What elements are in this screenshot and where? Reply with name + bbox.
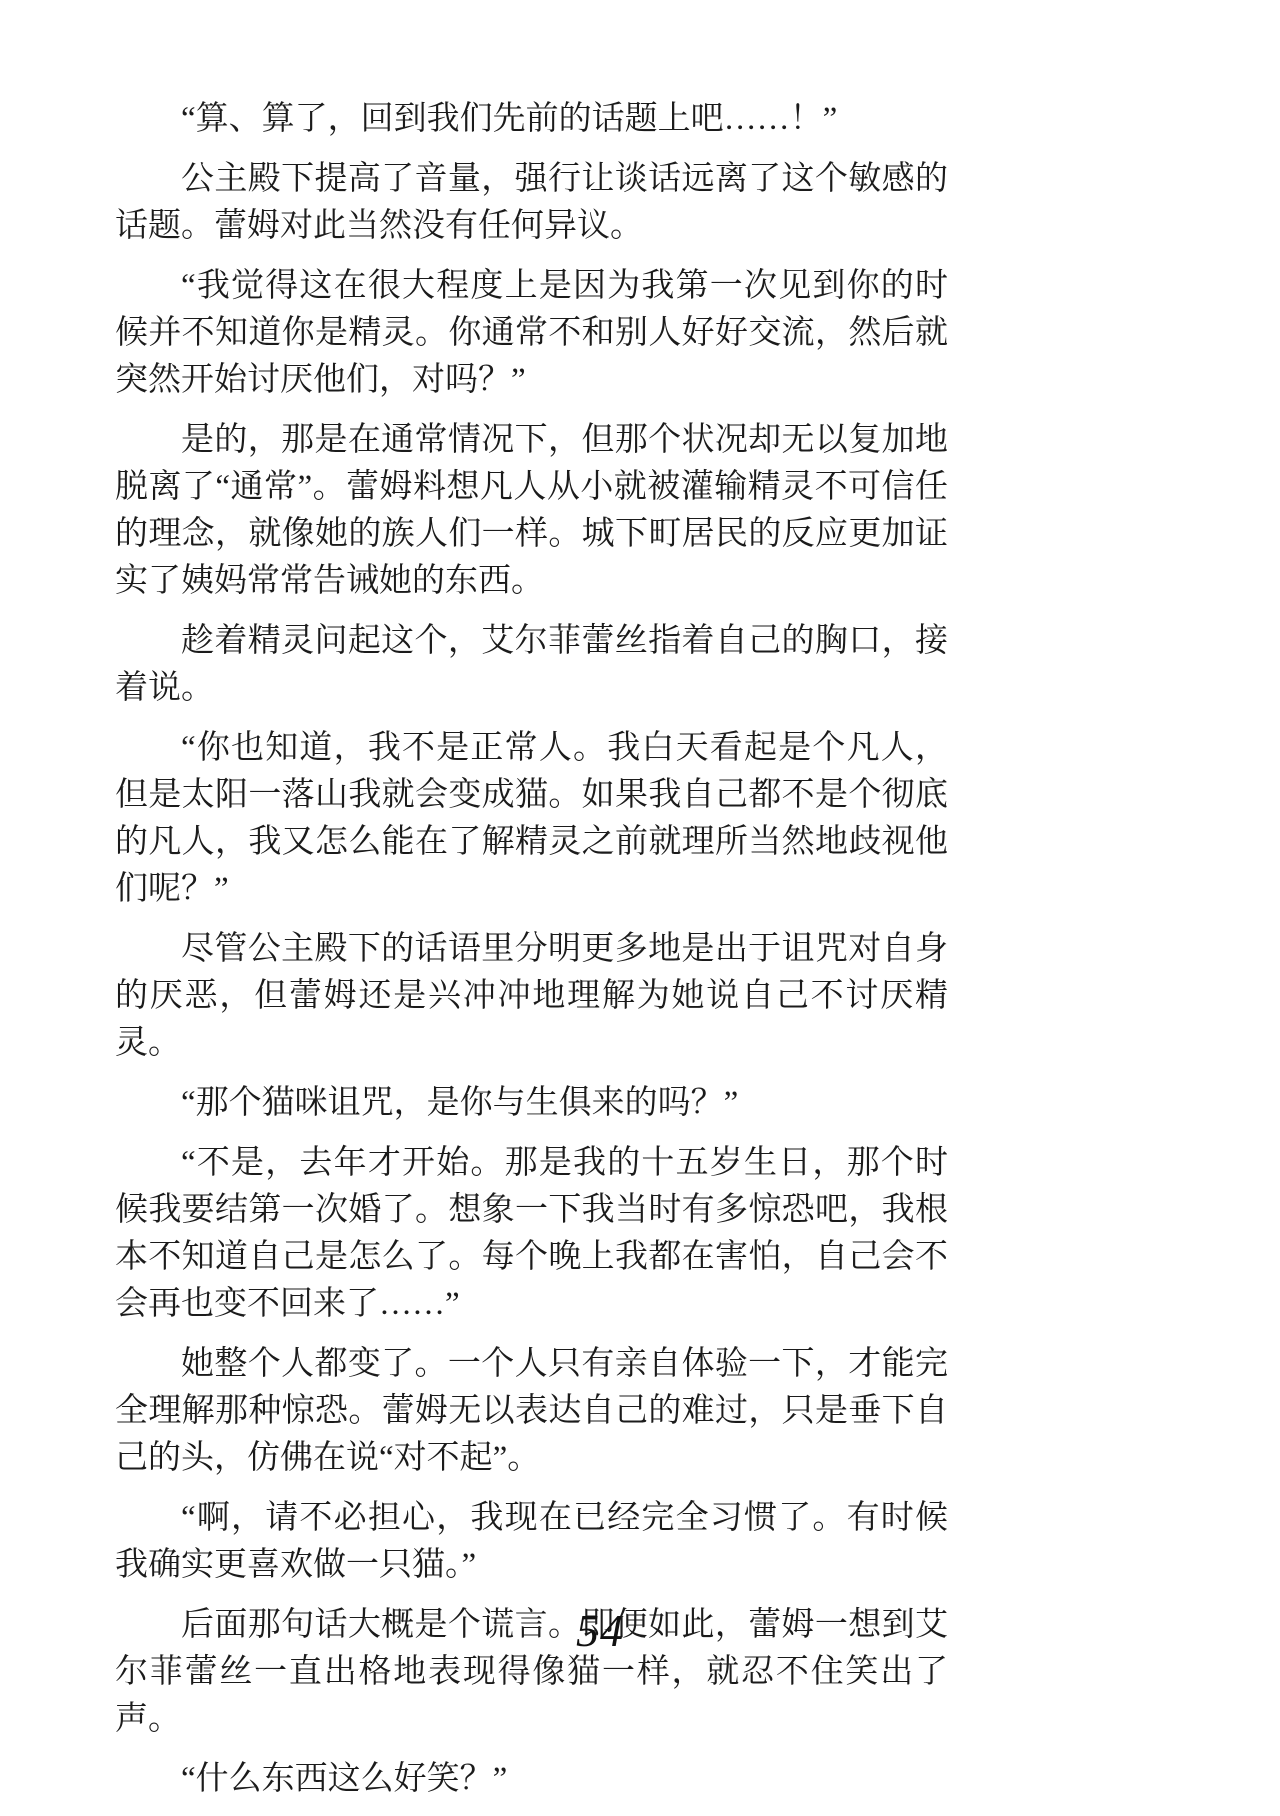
paragraph: 尽管公主殿下的话语里分明更多地是出于诅咒对自身的厌恶，但蕾姆还是兴冲冲地理解为她… (115, 926, 948, 1067)
book-page: “算、算了，回到我们先前的话题上吧……！” 公主殿下提高了音量，强行让谈话远离了… (0, 0, 1280, 1816)
paragraph: 她整个人都变了。一个人只有亲自体验一下，才能完全理解那种惊恐。蕾姆无以表达自己的… (115, 1341, 948, 1482)
page-number: 54 (0, 1604, 1200, 1657)
paragraph: 趁着精灵问起这个，艾尔菲蕾丝指着自己的胸口，接着说。 (115, 618, 948, 712)
paragraph: “你也知道，我不是正常人。我白天看起是个凡人，但是太阳一落山我就会变成猫。如果我… (115, 725, 948, 913)
paragraph: “啊，请不必担心，我现在已经完全习惯了。有时候我确实更喜欢做一只猫。” (115, 1495, 948, 1589)
paragraph: “不是，去年才开始。那是我的十五岁生日，那个时候我要结第一次婚了。想象一下我当时… (115, 1140, 948, 1328)
paragraph: “我觉得这在很大程度上是因为我第一次见到你的时候并不知道你是精灵。你通常不和别人… (115, 263, 948, 404)
paragraph: 公主殿下提高了音量，强行让谈话远离了这个敏感的话题。蕾姆对此当然没有任何异议。 (115, 156, 948, 250)
paragraph: 是的，那是在通常情况下，但那个状况却无以复加地脱离了“通常”。蕾姆料想凡人从小就… (115, 417, 948, 605)
text-block: “算、算了，回到我们先前的话题上吧……！” 公主殿下提高了音量，强行让谈话远离了… (115, 96, 948, 1816)
paragraph: “算、算了，回到我们先前的话题上吧……！” (115, 96, 948, 143)
paragraph: “什么东西这么好笑？” (115, 1756, 948, 1803)
paragraph: “那个猫咪诅咒，是你与生俱来的吗？” (115, 1080, 948, 1127)
